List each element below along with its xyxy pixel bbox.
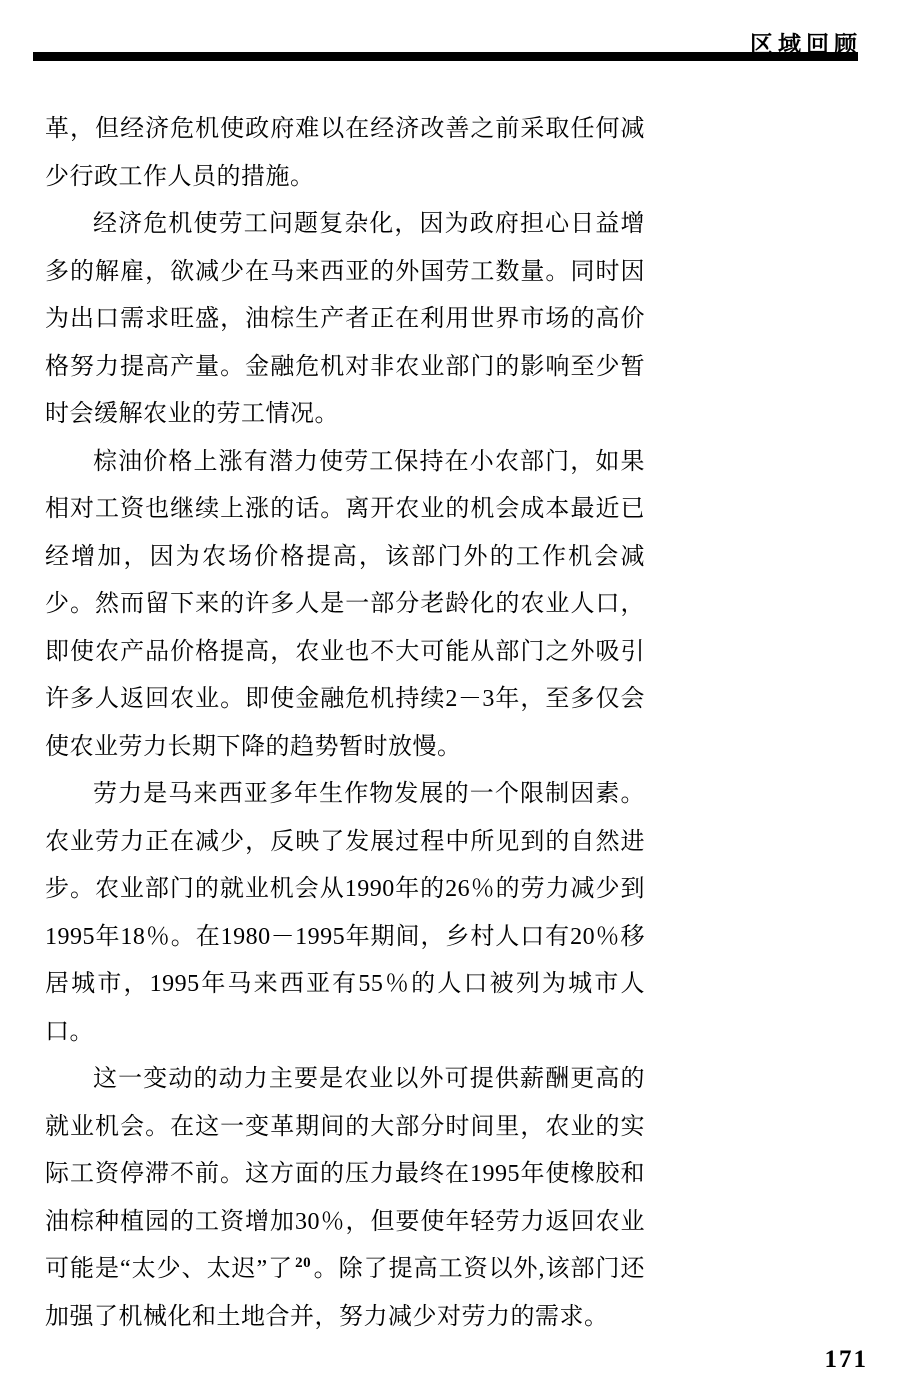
body-paragraph: 棕油价格上涨有潜力使劳工保持在小农部门，如果相对工资也继续上涨的话。离开农业的机…	[45, 439, 645, 772]
paragraph-text: 这一变动的动力主要是农业以外可提供薪酬更高的就业机会。在这一变革期间的大部分时间…	[45, 1066, 645, 1282]
body-paragraph: 革，但经济危机使政府难以在经济改善之前采取任何减少行政工作人员的措施。	[45, 106, 645, 201]
document-page: 区域回顾 革，但经济危机使政府难以在经济改善之前采取任何减少行政工作人员的措施。…	[0, 0, 900, 1400]
body-paragraph: 劳力是马来西亚多年生作物发展的一个限制因素。农业劳力正在减少，反映了发展过程中所…	[45, 771, 645, 1056]
body-paragraph: 这一变动的动力主要是农业以外可提供薪酬更高的就业机会。在这一变革期间的大部分时间…	[45, 1056, 645, 1341]
page-number: 171	[825, 1346, 869, 1374]
header-rule	[33, 52, 858, 61]
footnote-reference: 20	[295, 1255, 311, 1271]
body-text: 革，但经济危机使政府难以在经济改善之前采取任何减少行政工作人员的措施。 经济危机…	[45, 106, 645, 1341]
body-paragraph: 经济危机使劳工问题复杂化，因为政府担心日益增多的解雇，欲减少在马来西亚的外国劳工…	[45, 201, 645, 439]
